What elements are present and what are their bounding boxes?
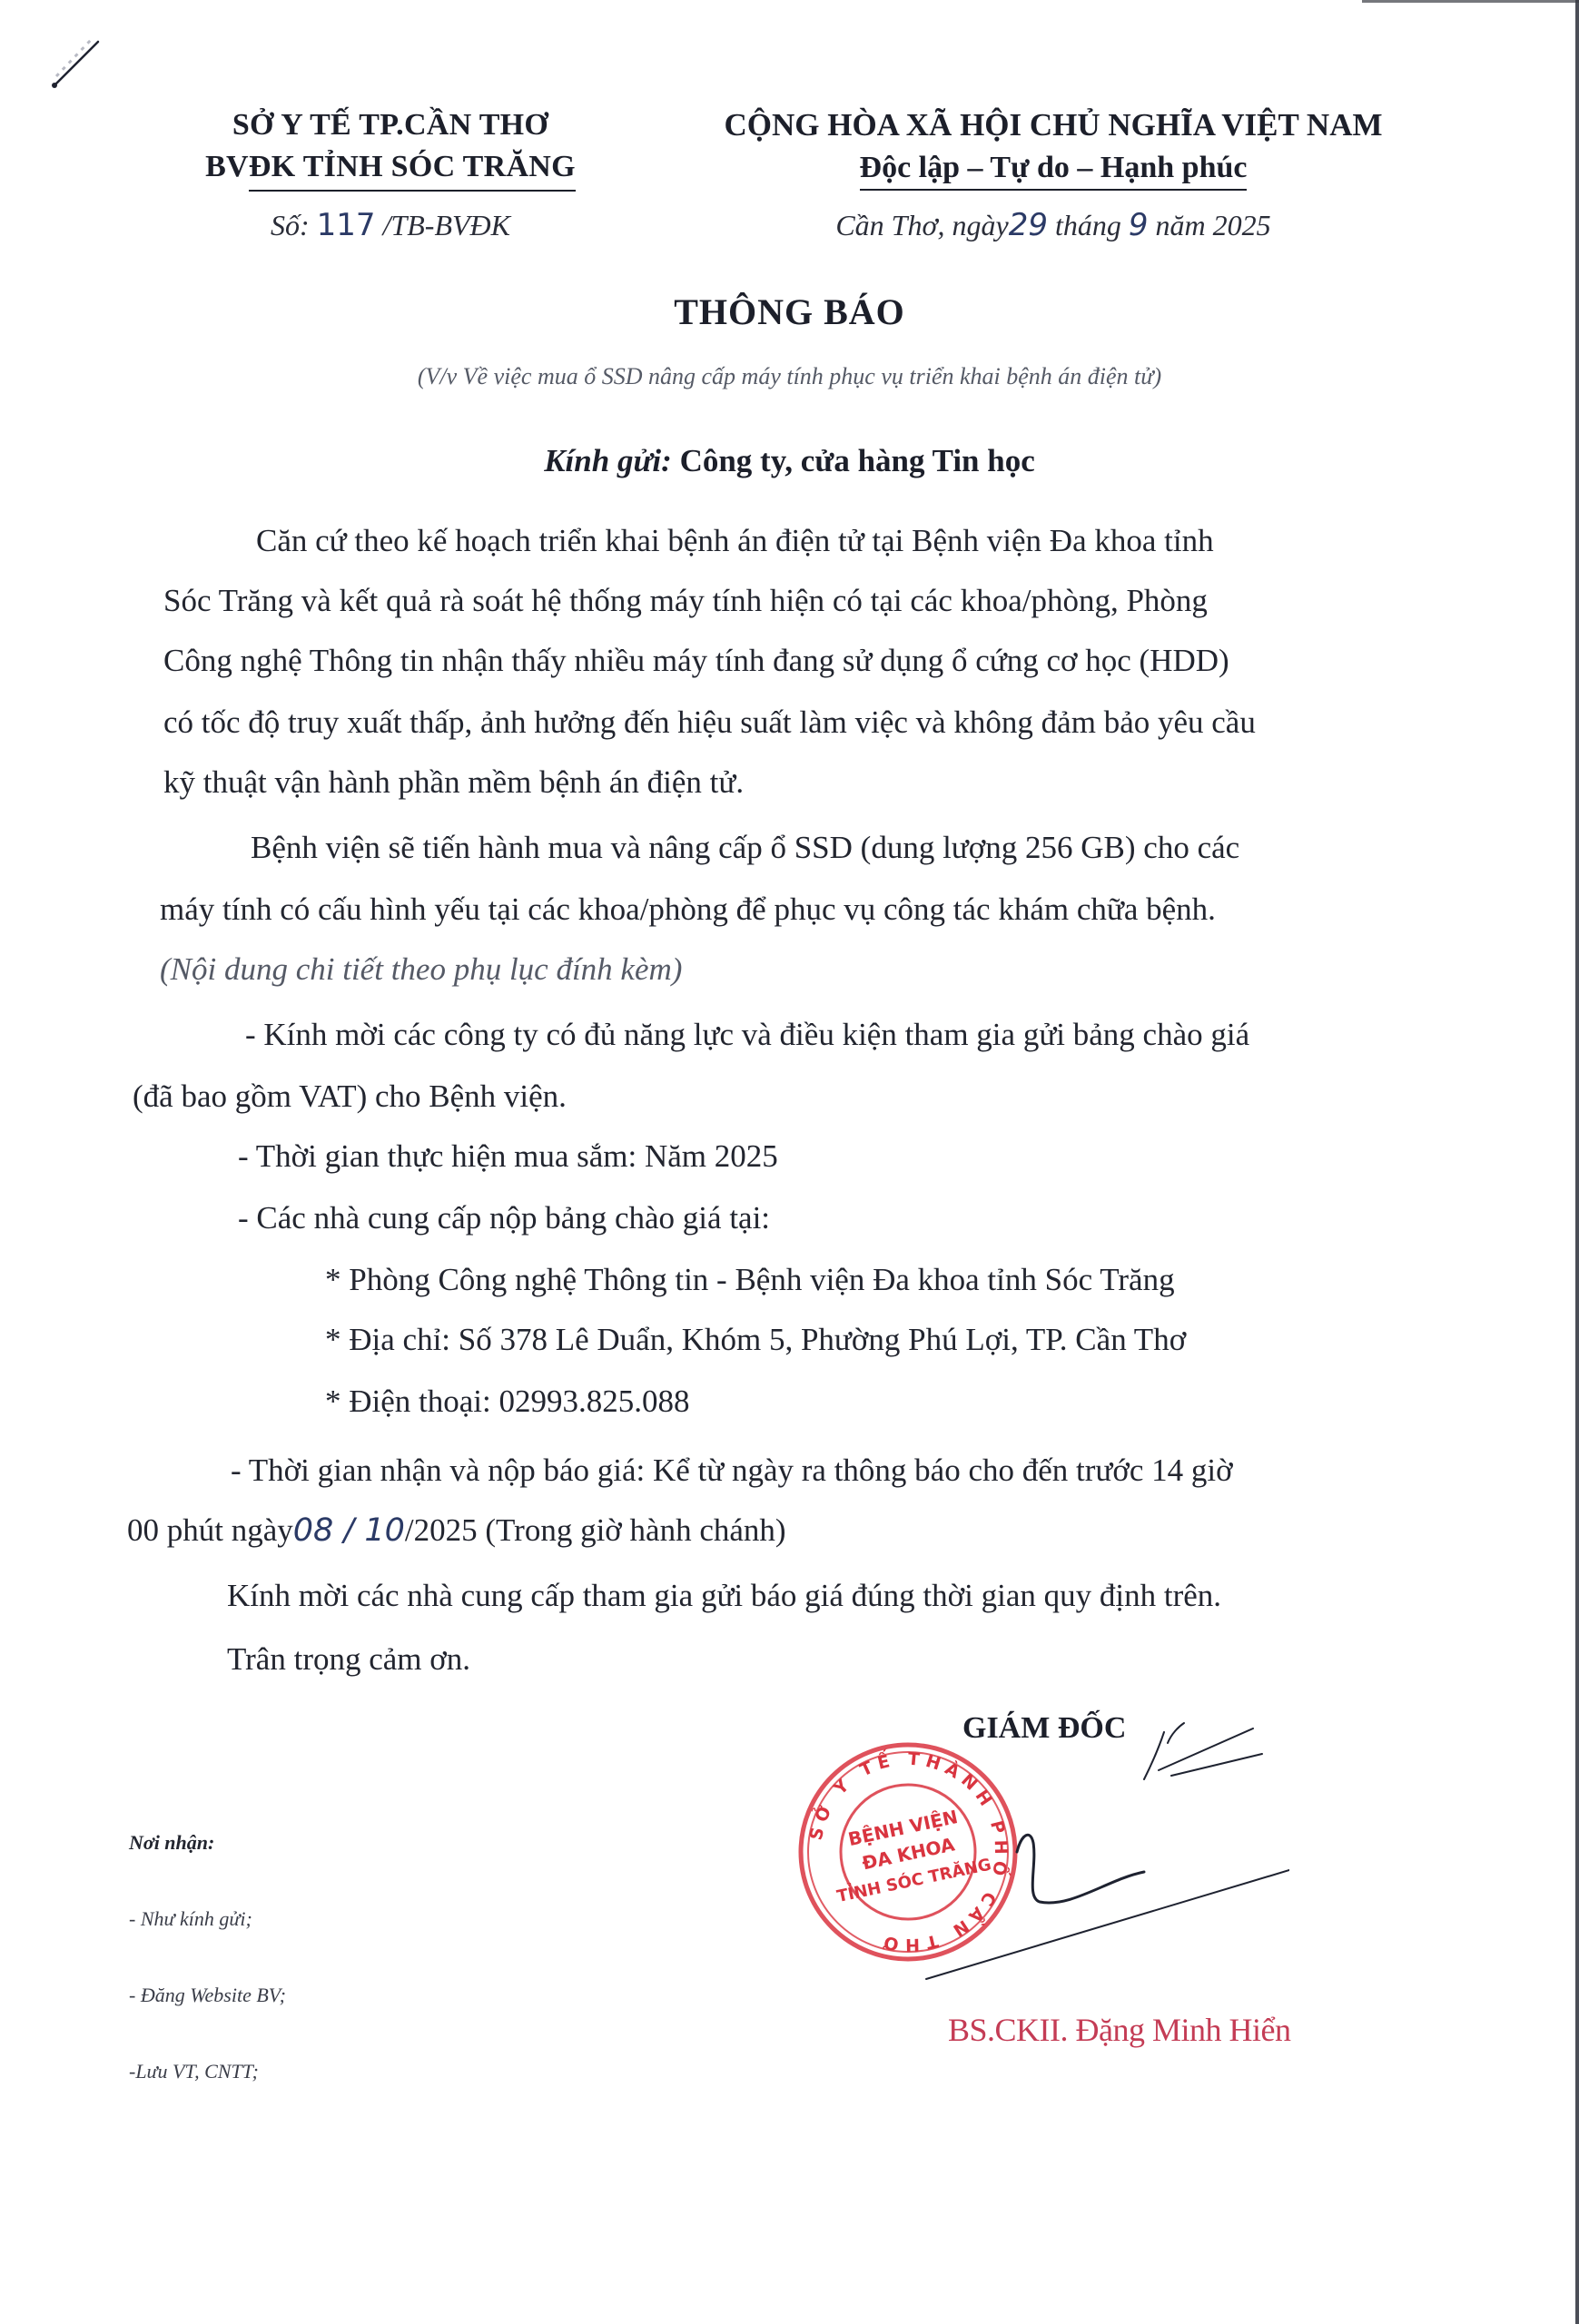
submit-phone: * Điện thoại: 02993.825.088 — [325, 1384, 690, 1420]
para1-line: Công nghệ Thông tin nhận thấy nhiều máy … — [163, 643, 1229, 679]
recipient-item: - Như kính gửi; — [129, 1906, 286, 1932]
day-handwritten: 29 — [1009, 207, 1048, 243]
scan-edge — [1575, 0, 1579, 2324]
national-header: CỘNG HÒA XÃ HỘI CHỦ NGHĨA VIỆT NAM Độc l… — [690, 104, 1416, 191]
submit-address: * Địa chỉ: Số 378 Lê Duẩn, Khóm 5, Phườn… — [325, 1322, 1186, 1358]
submit-at: - Các nhà cung cấp nộp bảng chào giá tại… — [238, 1200, 770, 1236]
purchase-time: - Thời gian thực hiện mua sắm: Năm 2025 — [238, 1138, 778, 1175]
para1-line: kỹ thuật vận hành phần mềm bệnh án điện … — [163, 764, 744, 801]
document-title: THÔNG BÁO — [0, 290, 1579, 333]
place-date-prefix: Cần Thơ, ngày — [835, 209, 1008, 241]
para1-line: có tốc độ truy xuất thấp, ảnh hưởng đến … — [163, 704, 1256, 741]
pen-mark-icon — [47, 29, 111, 93]
agency-parent: SỞ Y TẾ TP.CẦN THƠ — [154, 104, 627, 146]
deadline-handwritten: 08 / 10 — [293, 1512, 405, 1549]
recipient-item: -Lưu VT, CNTT; — [129, 2059, 286, 2084]
doc-number-suffix: /TB-BVĐK — [383, 209, 510, 241]
para1-line: Căn cứ theo kế hoạch triển khai bệnh án … — [256, 523, 1214, 559]
invite-line: (đã bao gồm VAT) cho Bệnh viện. — [133, 1078, 567, 1115]
para1-line: Sóc Trăng và kết quả rà soát hệ thống má… — [163, 583, 1208, 619]
para2-line: Bệnh viện sẽ tiến hành mua và nâng cấp ổ… — [251, 830, 1239, 866]
deadline-suffix: /2025 (Trong giờ hành chánh) — [405, 1512, 786, 1548]
doc-number-label: Số: — [271, 209, 310, 241]
deadline-line: - Thời gian nhận và nộp báo giá: Kể từ n… — [231, 1452, 1233, 1489]
agency-name-underlined: ĐK TỈNH SÓC TRĂNG — [249, 146, 576, 192]
deadline-date-line: 00 phút ngày08 / 10/2025 (Trong giờ hành… — [127, 1512, 786, 1549]
recipients-heading: Nơi nhận: — [129, 1830, 286, 1856]
recipient-line: Kính gửi: Công ty, cửa hàng Tin học — [0, 443, 1579, 479]
handwritten-signature-icon — [872, 1707, 1289, 1988]
doc-number-handwritten: 117 — [317, 207, 376, 243]
recipient-item: - Đăng Website BV; — [129, 1983, 286, 2008]
recipient-label: Kính gửi: — [544, 443, 672, 478]
issuing-agency: SỞ Y TẾ TP.CẦN THƠ BVĐK TỈNH SÓC TRĂNG — [154, 104, 627, 192]
invite-line: - Kính mời các công ty có đủ năng lực và… — [245, 1017, 1249, 1053]
place-date: Cần Thơ, ngày29 tháng 9 năm 2025 — [690, 207, 1416, 243]
agency-name: BVĐK TỈNH SÓC TRĂNG — [154, 146, 627, 192]
recipients-list: Nơi nhận: - Như kính gửi; - Đăng Website… — [129, 1779, 286, 2110]
submit-office: * Phòng Công nghệ Thông tin - Bệnh viện … — [325, 1262, 1175, 1298]
national-motto: Độc lập – Tự do – Hạnh phúc — [860, 147, 1248, 191]
document-number: Số: 117 /TB-BVĐK — [154, 207, 627, 243]
country-name: CỘNG HÒA XÃ HỘI CHỦ NGHĨA VIỆT NAM — [690, 104, 1416, 146]
document-subtitle: (V/v Về việc mua ổ SSD nâng cấp máy tính… — [0, 363, 1579, 390]
thanks-line: Trân trọng cảm ơn. — [227, 1641, 470, 1678]
agency-name-prefix: BV — [205, 150, 249, 183]
appendix-note: (Nội dung chi tiết theo phụ lục đính kèm… — [160, 951, 682, 988]
recipient-value: Công ty, cửa hàng Tin học — [680, 443, 1035, 478]
para2-line: máy tính có cấu hình yếu tại các khoa/ph… — [160, 891, 1216, 928]
year-text: năm 2025 — [1156, 209, 1271, 241]
month-handwritten: 9 — [1129, 207, 1149, 243]
deadline-prefix: 00 phút ngày — [127, 1512, 293, 1548]
scan-edge-top — [1362, 0, 1579, 3]
closing-line: Kính mời các nhà cung cấp tham gia gửi b… — [227, 1578, 1221, 1614]
signer-name: BS.CKII. Đặng Minh Hiển — [948, 2011, 1291, 2049]
month-label: tháng — [1055, 209, 1121, 241]
